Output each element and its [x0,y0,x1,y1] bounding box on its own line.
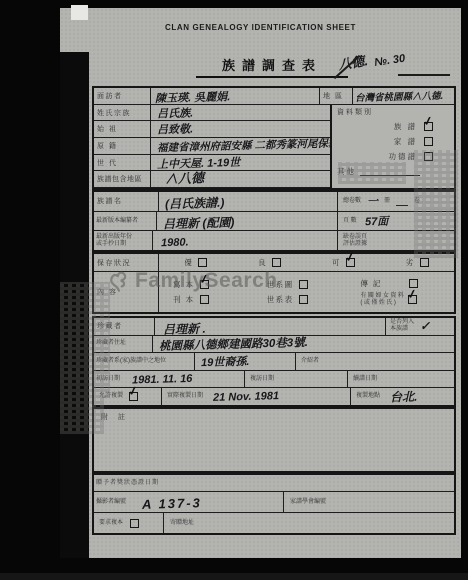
familysearch-tree-icon [106,268,132,294]
first-visit-value: 1981. 11. 16 [132,372,244,387]
condition-option-good: 良 [258,257,281,268]
english-sheet-title: CLAN GENEALOGY IDENTIFICATION SHEET [60,23,461,32]
table-row: 贈予者獎狀憑證日期 [94,475,454,492]
table-row: 最新出版年份 或手抄日期 1980. 缺卷誤頁 評估證據 [94,231,454,250]
table-row: 面訪者 陳玉瑛. 吳麗娟. 地 區 台灣省桃園縣∧八德. [94,88,454,105]
compiler-value: 吕理新 (配園) [157,210,337,232]
blank-line [396,197,408,206]
volumes-unit-ce: 冊 [382,198,392,205]
pages-value: 57面 [364,213,388,230]
revisit-label: 複訪日期 [248,376,276,383]
film-bottom-strip [0,573,468,580]
request-copy-label: 要求複本 [97,520,125,527]
checkbox [299,295,308,304]
table-row: 最新版本編纂者 吕理新 (配園) 頁 數 57面 [94,212,454,232]
content-option-women-data: 有關婦女資料 (或僅姓氏) ✓ [360,293,454,307]
publish-year-label-line1: 最新出版年份 [94,234,152,241]
option-label: 傳 記 [360,278,382,289]
check-mark: ✓ [344,249,358,265]
option-label: 刊 本 [173,294,195,305]
table-row: 要求複本 寄贈地址 [94,513,454,533]
interviewer-value: 陳玉瑛. 吳麗娟. [151,86,319,106]
listed-check: ✓ [420,319,430,333]
option-label: 有關婦女資料 [360,293,405,300]
origin-label: 原 籍 [94,141,150,151]
mailing-address-label: 寄贈地址 [168,520,196,527]
form-title: 族譜調查表 [196,55,348,78]
watermark-text: FamilySearch [135,269,278,293]
option-label: 優 [184,257,193,268]
origin-value: 福建省漳州府詔安縣 二都秀篆河尾保寨 [151,136,339,156]
familysearch-watermark: FamilySearch [106,268,278,294]
table-row: 允許複製 ✓ 實際複製日期 21 Nov. 1981 複製地點 台北. [94,388,454,405]
table-row: 攝影者編號 A 137-3 家譜學會編號 [94,492,454,513]
table-row: 珍藏者住址 桃園縣八德鄉建國路30巷3號. [94,336,454,354]
table-row: 初訪日期 1981. 11. 16 複訪日期 續譜日期 [94,371,454,389]
condition-option-excellent: 優 [184,257,207,268]
condition-label: 保存狀況 [94,258,158,268]
microfilm-scan-page: CLAN GENEALOGY IDENTIFICATION SHEET 族譜調查… [0,0,468,580]
content-col-2: 世系圖 世系表 [267,277,361,307]
area-value: 台灣省桃園縣∧八德. [353,88,443,104]
photographer-number-value: A 137-3 [142,493,283,512]
notes-box: 附 註 [92,407,456,473]
option-label: 家 譜 [394,136,417,147]
checkbox [272,258,281,267]
film-frame-chip [71,5,88,20]
checkbox: ✓ [424,122,433,131]
content-option-pedigree-chart: 世系圖 [267,279,361,290]
copy-place-value: 台北. [390,388,418,406]
content-col-3: 傳 記 有關婦女資料 (或僅姓氏) ✓ [360,276,454,309]
clan-label: 姓氏宗族 [94,108,150,118]
checkbox [130,519,139,528]
owner-position-value: 19世裔孫. [195,352,295,371]
area-label: 地 區 [320,91,346,101]
table-row: 珍藏者 吕理新 . 是否列入 本族譜 ✓ [94,318,454,336]
volumes-value: 一 [367,193,378,209]
continuation-date-label: 續譜日期 [351,376,379,383]
option-label: 世系表 [267,294,294,305]
publish-year-value: 1980. [153,232,337,249]
content-option-pedigree-table: 世系表 [267,294,361,305]
corner-underline [398,74,450,76]
checkbox: ✓ [408,295,417,304]
photographer-number-label: 攝影者編號 [94,499,142,506]
category-option-genealogy: 族 譜 ✓ [337,121,449,132]
checkbox [299,280,308,289]
option-label: 良 [258,257,267,268]
option-label: 可 [332,257,341,268]
copy-place-label: 複製地點 [354,393,382,400]
coverage-label: 族譜包含地區 [94,174,150,184]
publish-year-label-line2: 或手抄日期 [94,241,152,248]
clan-value: 吕氏族. [151,104,193,121]
option-label: (或僅姓氏) [360,300,405,307]
table-row: 族譜名 (吕氏族譜.) 總卷數 一 冊 卷 [94,192,454,212]
table-row: 珍藏者系(家)族譜中之地位 19世裔孫. 介紹者 [94,353,454,371]
founder-label: 始 祖 [94,124,150,134]
owner-address-value: 桃園縣八德鄉建國路30巷3號. [153,334,308,354]
book-title-value: (吕氏族譜.) [159,191,337,213]
admin-table: 贈予者獎狀憑證日期 攝影者編號 A 137-3 家譜學會編號 要求複本 寄贈地址 [92,473,456,535]
stamp-watermark [338,162,406,184]
checkbox [200,295,209,304]
society-number-label: 家譜學會編號 [288,499,328,506]
donor-certificate-label: 贈予者獎狀憑證日期 [94,480,161,487]
generations-label: 世 代 [94,158,150,168]
checkbox [420,258,429,267]
option-label: 劣 [406,257,415,268]
interviewer-label: 面訪者 [94,91,150,101]
stamp-watermark [60,398,104,434]
checkbox [424,137,433,146]
checkbox: ✓ [129,392,138,401]
check-mark: ✓ [422,113,437,129]
option-label: 族 譜 [394,121,417,132]
volumes-label: 總卷數 [341,198,363,205]
introducer-label: 介紹者 [299,358,321,365]
listed-label-line2: 本族譜 [388,326,416,333]
condition-option-poor: 劣 [406,257,429,268]
option-label: 功德譜 [389,151,418,162]
collector-table: 珍藏者 吕理新 . 是否列入 本族譜 ✓ 珍藏者住址 桃園縣八德鄉建國路30巷3… [92,316,456,407]
content-option-printed: 刊 本 [173,294,267,305]
copy-date-value: 21 Nov. 1981 [213,390,279,404]
copy-date-label: 實際複製日期 [165,393,205,400]
coverage-value: ∧八德 [151,167,204,187]
compiler-label: 最新版本編纂者 [94,218,156,225]
book-title-label: 族譜名 [94,196,158,206]
condition-option-fair: 可✓ [332,257,355,268]
checkbox [198,258,207,267]
stamp-watermark [60,282,110,398]
founder-value: 吕致敬. [151,121,193,138]
checkbox: ✓ [346,258,355,267]
book-info-table: 族譜名 (吕氏族譜.) 總卷數 一 冊 卷 最新版本編纂者 吕理新 (配園) 頁… [92,190,456,252]
stamp-watermark [414,150,458,258]
missing-pages-label-line1: 缺卷誤頁 [341,234,369,241]
pages-label: 頁 數 [341,218,359,225]
category-option-family-record: 家 譜 [337,136,449,147]
missing-pages-label-line2: 評估證據 [341,241,369,248]
